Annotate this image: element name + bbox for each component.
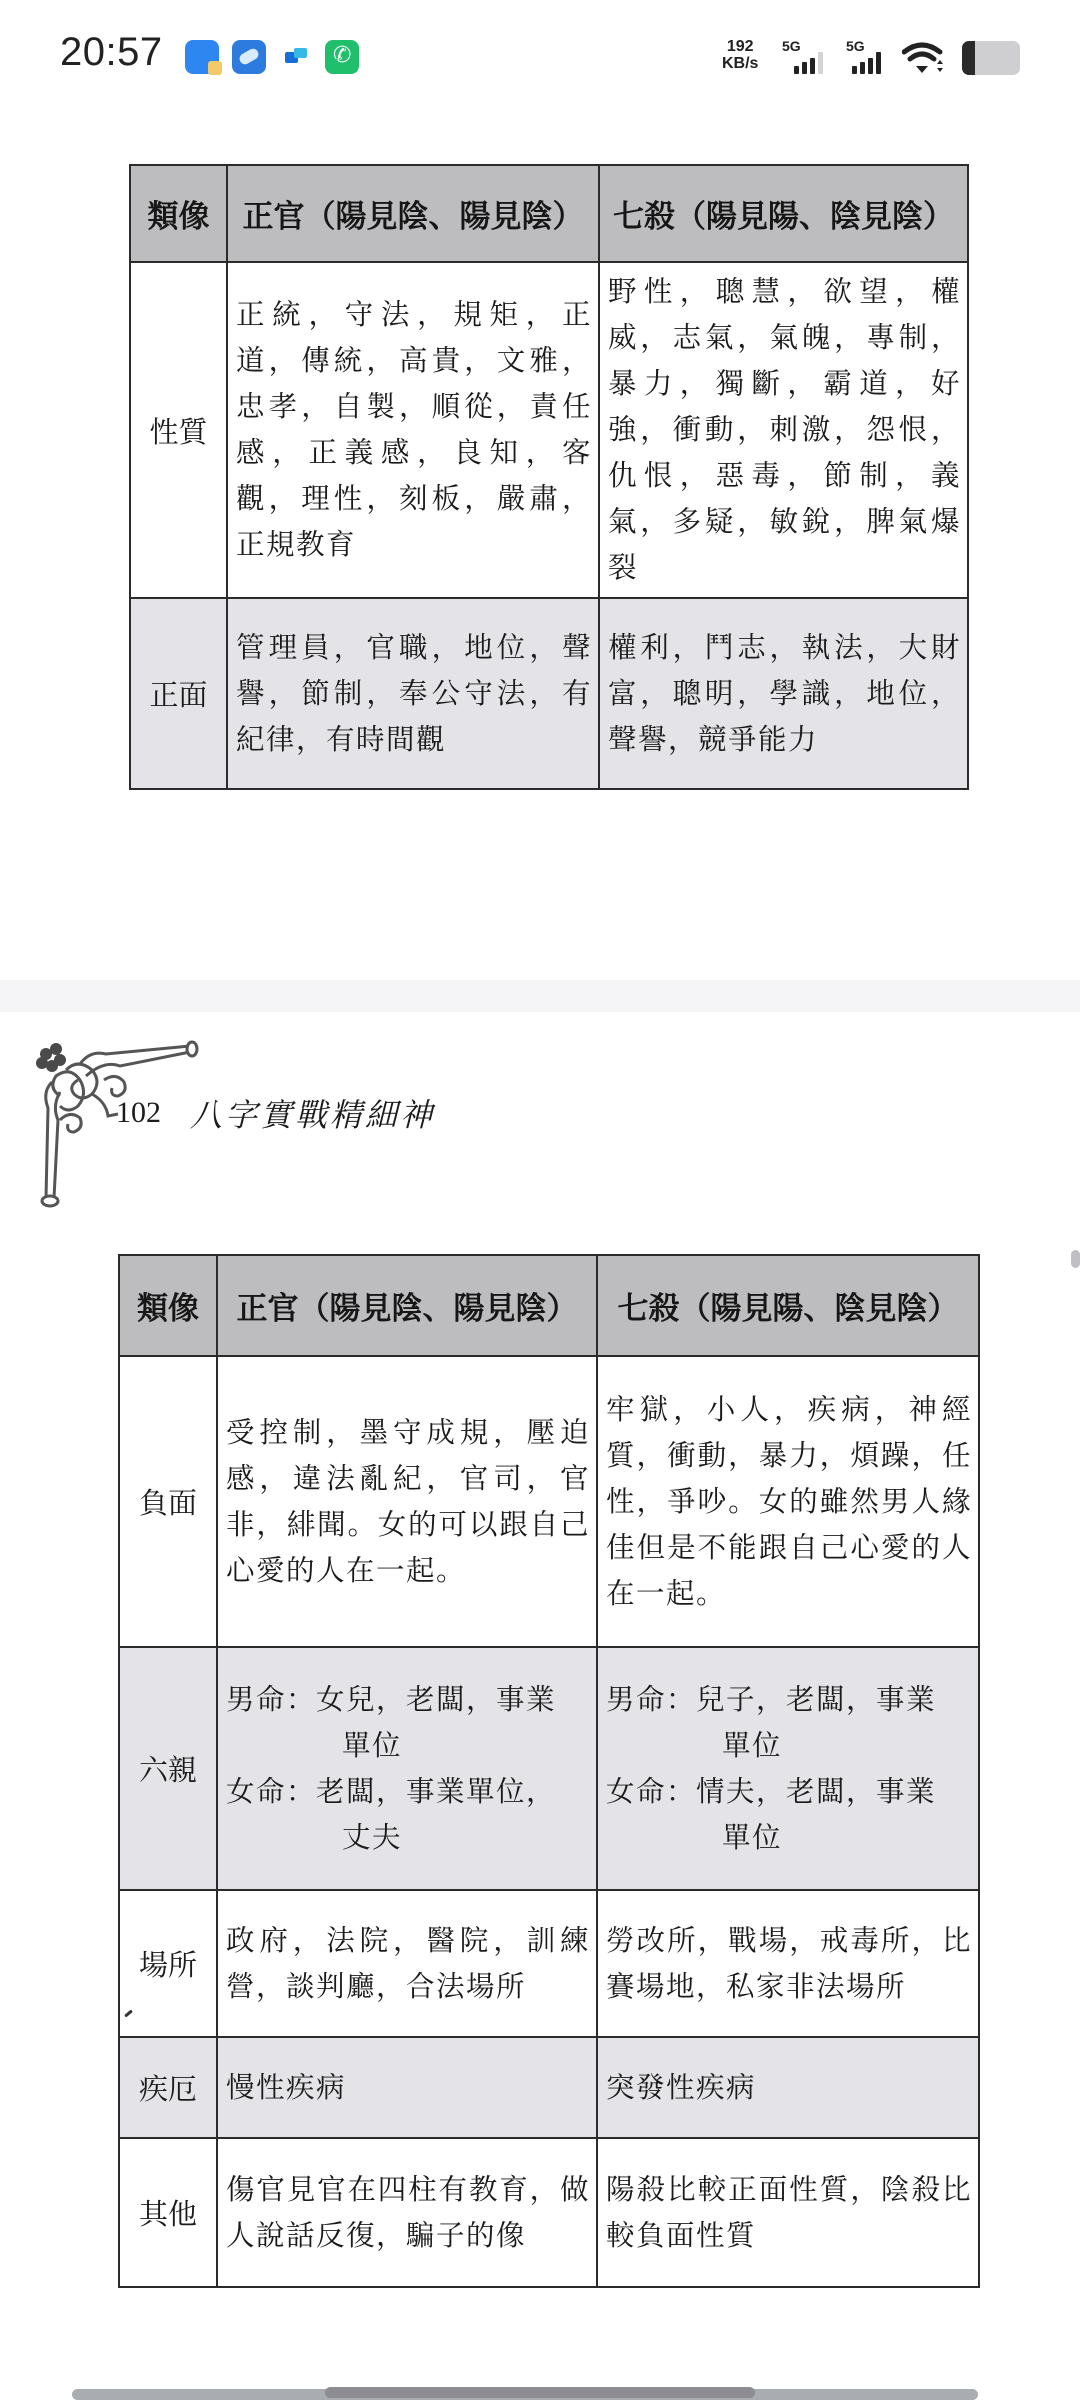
header-category: 類像 <box>119 1255 217 1356</box>
network-type-sim1: 5G <box>782 38 801 54</box>
page-separator <box>0 980 1080 1012</box>
cell-zhengguan-positive: 管理員，官職，地位，聲譽，節制，奉公守法，有紀律，有時間觀 <box>227 598 599 789</box>
row-label-other: 其他 <box>119 2138 217 2287</box>
cell-zhengguan-relatives: 男命：女兒，老闆，事業 單位 女命：老闆，事業單位， 丈夫 <box>217 1647 597 1890</box>
female-relatives-cont: 丈夫 <box>226 1815 590 1861</box>
row-label-positive: 正面 <box>130 598 227 789</box>
table-row: 場所 政府，法院，醫院，訓練營，談判廳，合法場所 勞改所，戰場，戒毒所，比賽場地… <box>119 1890 979 2037</box>
table-row: 六親 男命：女兒，老闆，事業 單位 女命：老闆，事業單位， 丈夫 男命：兒子，老… <box>119 1647 979 1890</box>
page-number: 102 <box>116 1096 161 1130</box>
header-zhengguan: 正官（陽見陰、陽見陰） <box>227 165 599 262</box>
cell-zhengguan-illness: 慢性疾病 <box>217 2037 597 2138</box>
row-label-relatives: 六親 <box>119 1647 217 1890</box>
network-speed-unit: KB/s <box>722 55 758 72</box>
cell-qisha-other: 陽殺比較正面性質，陰殺比較負面性質 <box>597 2138 979 2287</box>
cell-qisha-negative: 牢獄，小人，疾病，神經質，衝動，暴力，煩躁，任性，爭吵。女的雖然男人緣佳但是不能… <box>597 1356 979 1647</box>
book-title: 八字實戰精細神 <box>190 1090 435 1136</box>
row-label-places: 場所 <box>119 1890 217 2037</box>
notes-app-icon <box>185 40 219 74</box>
row-label-illness: 疾厄 <box>119 2037 217 2138</box>
status-bar: 20:57 192 KB/s 5G 5G <box>0 0 1080 112</box>
male-prefix: 男命： <box>606 1683 696 1716</box>
female-prefix: 女命： <box>606 1775 696 1808</box>
row-label-negative: 負面 <box>119 1356 217 1647</box>
table-row: 正面 管理員，官職，地位，聲譽，節制，奉公守法，有紀律，有時間觀 權利，鬥志，執… <box>130 598 968 789</box>
phone-app-icon <box>325 40 359 74</box>
male-prefix: 男命： <box>226 1683 316 1716</box>
female-relatives: 情夫，老闆，事業 <box>696 1775 936 1808</box>
cell-qisha-relatives: 男命：兒子，老闆，事業 單位 女命：情夫，老闆，事業 單位 <box>597 1647 979 1890</box>
female-relatives-cont: 單位 <box>606 1815 972 1861</box>
cell-qisha-nature: 野性，聰慧，欲望，權威，志氣，氣魄，專制，暴力，獨斷，霸道，好強，衝動，刺激，怨… <box>599 262 968 598</box>
cell-qisha-places: 勞改所，戰場，戒毒所，比賽場地，私家非法場所 <box>597 1890 979 2037</box>
comparison-table-page2: 類像 正官（陽見陰、陽見陰） 七殺（陽見陽、陰見陰） 負面 受控制，墨守成規，壓… <box>118 1254 980 2288</box>
vertical-scrollbar[interactable] <box>1071 1250 1080 1268</box>
cell-zhengguan-places: 政府，法院，醫院，訓練營，談判廳，合法場所 <box>217 1890 597 2037</box>
cell-zhengguan-negative: 受控制，墨守成規，壓迫感，違法亂紀，官司，官非，緋聞。女的可以跟自己心愛的人在一… <box>217 1356 597 1647</box>
header-zhengguan: 正官（陽見陰、陽見陰） <box>217 1255 597 1356</box>
comparison-table-page1: 類像 正官（陽見陰、陽見陰） 七殺（陽見陽、陰見陰） 性質 正統，守法，規矩，正… <box>129 164 969 790</box>
row-label-nature: 性質 <box>130 262 227 598</box>
male-relatives: 女兒，老闆，事業 <box>316 1683 556 1716</box>
corner-ornament-icon <box>30 1036 200 1208</box>
male-relatives-cont: 單位 <box>606 1723 972 1769</box>
female-relatives: 老闆，事業單位， <box>316 1775 556 1808</box>
table-row: 疾厄 慢性疾病 突發性疾病 <box>119 2037 979 2138</box>
header-category: 類像 <box>130 165 227 262</box>
battery-icon <box>962 41 1020 75</box>
header-qisha: 七殺（陽見陽、陰見陰） <box>597 1255 979 1356</box>
network-speed-value: 192 <box>722 38 758 55</box>
browser-app-icon <box>232 40 266 74</box>
table-row: 性質 正統，守法，規矩，正道，傳統，高貴，文雅，忠孝，自製，順從，責任感，正義感… <box>130 262 968 598</box>
horizontal-scrollbar-thumb[interactable] <box>325 2387 755 2398</box>
cell-zhengguan-other: 傷官見官在四柱有教育，做人說話反復，騙子的像 <box>217 2138 597 2287</box>
wifi-icon <box>902 40 946 76</box>
messaging-app-icon <box>279 40 313 74</box>
male-relatives-cont: 單位 <box>226 1723 590 1769</box>
status-time: 20:57 <box>60 30 163 75</box>
male-relatives: 兒子，老闆，事業 <box>696 1683 936 1716</box>
female-prefix: 女命： <box>226 1775 316 1808</box>
table-row: 負面 受控制，墨守成規，壓迫感，違法亂紀，官司，官非，緋聞。女的可以跟自己心愛的… <box>119 1356 979 1647</box>
cell-zhengguan-nature: 正統，守法，規矩，正道，傳統，高貴，文雅，忠孝，自製，順從，責任感，正義感，良知… <box>227 262 599 598</box>
network-type-sim2: 5G <box>846 38 865 54</box>
cell-qisha-positive: 權利，鬥志，執法，大財富，聰明，學識，地位，聲譽，競爭能力 <box>599 598 968 789</box>
cell-qisha-illness: 突發性疾病 <box>597 2037 979 2138</box>
table-row: 其他 傷官見官在四柱有教育，做人說話反復，騙子的像 陽殺比較正面性質，陰殺比較負… <box>119 2138 979 2287</box>
header-qisha: 七殺（陽見陽、陰見陰） <box>599 165 968 262</box>
network-speed: 192 KB/s <box>722 38 758 72</box>
